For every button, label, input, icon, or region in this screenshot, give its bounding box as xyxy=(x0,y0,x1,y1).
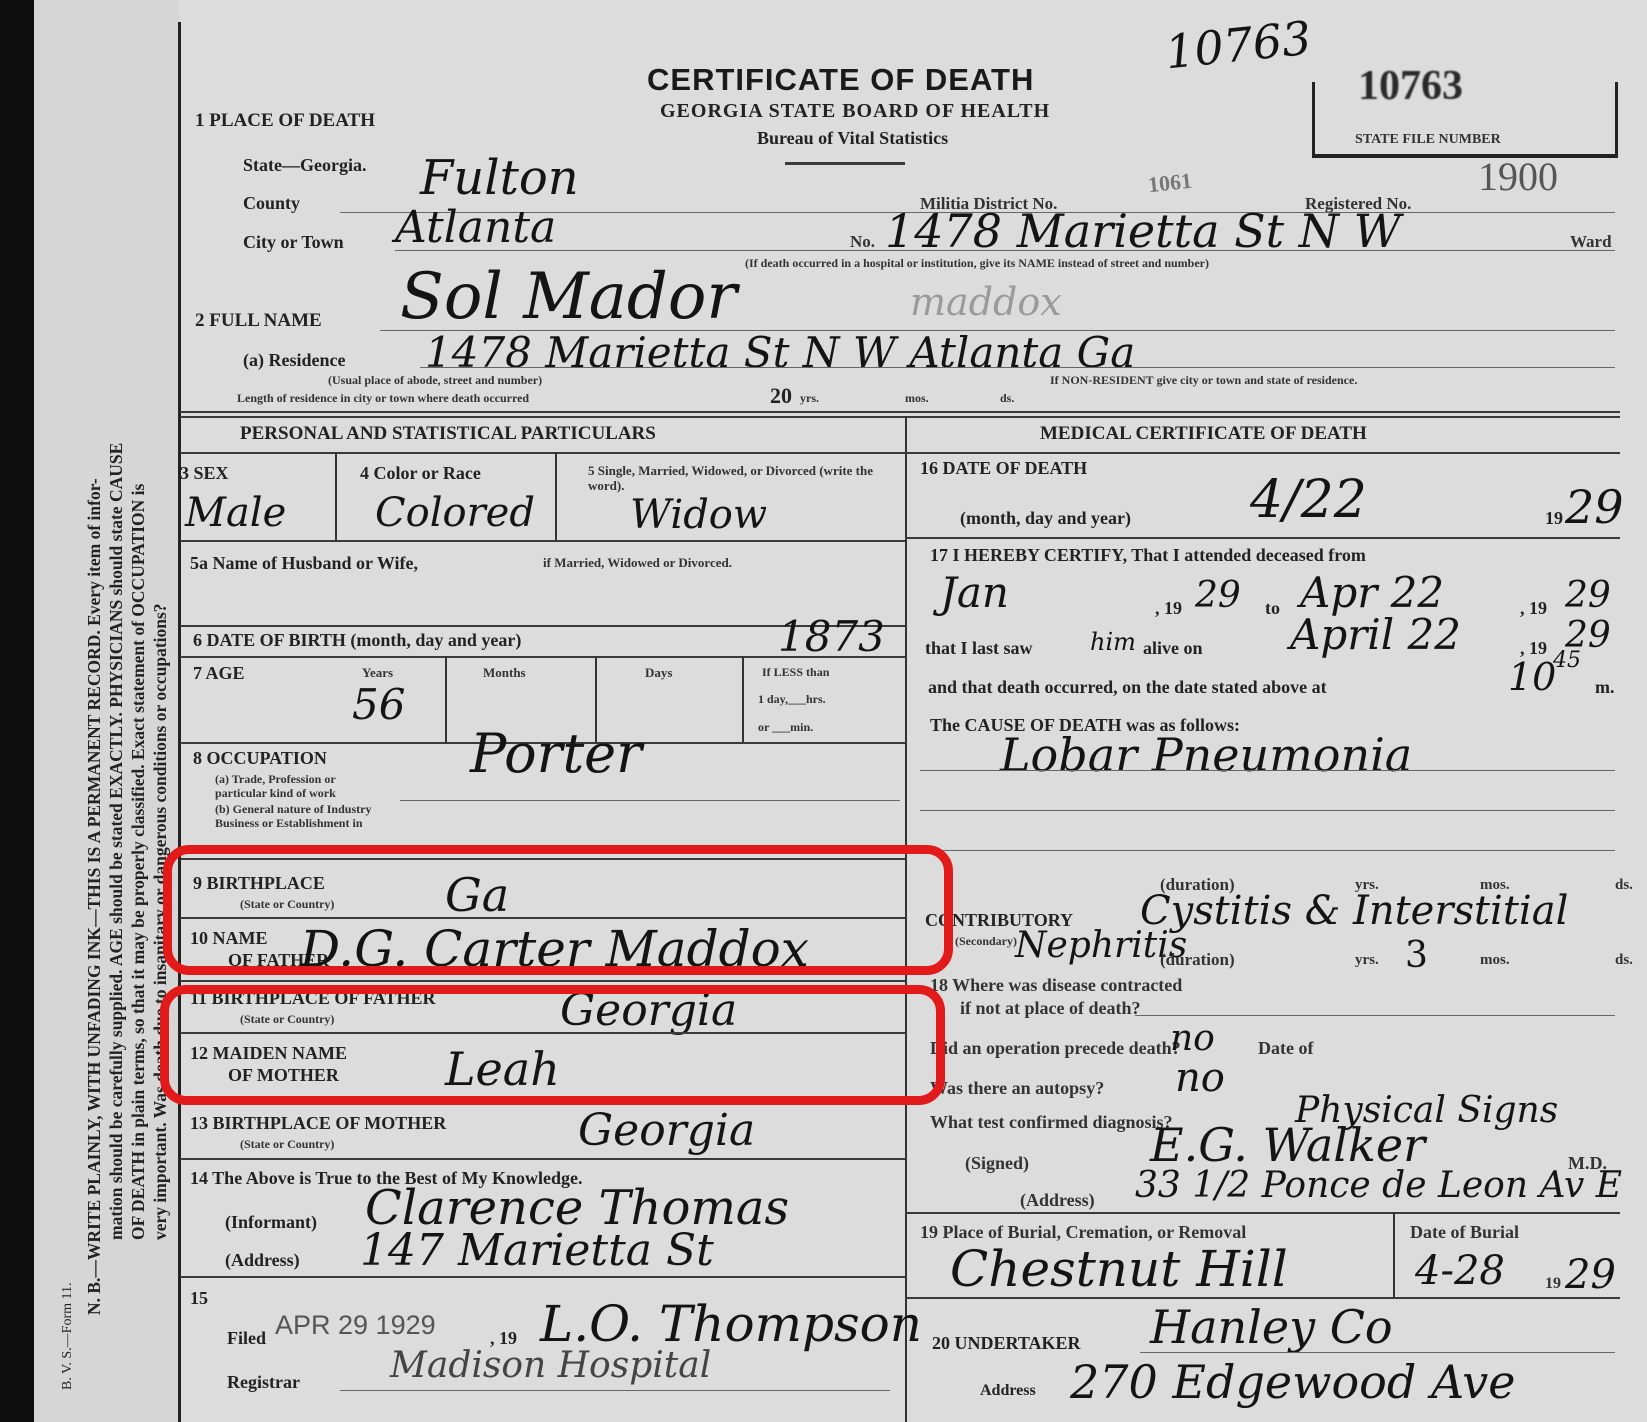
where-contracted-label-1: 18 Where was disease contracted xyxy=(930,975,1182,996)
burial-line xyxy=(905,1297,1620,1299)
spouse-label: 5a Name of Husband or Wife, xyxy=(190,553,418,574)
state-file-label: STATE FILE NUMBER xyxy=(1355,132,1501,148)
registrar-label: Registrar xyxy=(227,1372,300,1393)
mother-birthplace-value: Georgia xyxy=(578,1105,755,1156)
length-mos: mos. xyxy=(905,391,929,406)
autopsy-label: Was there an autopsy? xyxy=(930,1078,1104,1099)
side-note-line3: OF DEATH in plain terms, so that it may … xyxy=(128,484,149,1240)
residence-label: (a) Residence xyxy=(243,350,345,371)
years-value: 56 xyxy=(352,680,405,729)
form-number: B. V. S.—Form 11. xyxy=(60,1283,76,1391)
contributory-mos-value: 3 xyxy=(1405,935,1428,976)
physician-line xyxy=(905,1212,1620,1214)
to-year-prefix: , 19 xyxy=(1520,598,1547,619)
dob-value: 1873 xyxy=(778,612,885,661)
father-line xyxy=(180,980,905,982)
side-note-line2: mation should be carefully supplied. AGE… xyxy=(106,443,127,1240)
county-value: Fulton xyxy=(420,150,579,206)
where-line xyxy=(1135,1015,1615,1016)
last-saw-label: that I last saw xyxy=(925,638,1033,659)
marital-line xyxy=(180,540,905,542)
side-note-line1: N. B.—WRITE PLAINLY, WITH UNFADING INK—T… xyxy=(84,478,105,1315)
mother-birthplace-label: 13 BIRTHPLACE OF MOTHER xyxy=(190,1113,446,1134)
less-label-1: If LESS than xyxy=(762,665,829,680)
highlight-birthplace-father xyxy=(163,845,953,975)
physician-address-label: (Address) xyxy=(1020,1190,1095,1211)
date-of-death-value: 4/22 xyxy=(1250,470,1367,530)
informant-address-value: 147 Marietta St xyxy=(360,1225,714,1276)
certificate-title: CERTIFICATE OF DEATH xyxy=(647,62,1034,98)
from-year: 29 xyxy=(1195,575,1241,616)
operation-value: no xyxy=(1170,1018,1215,1059)
color-label: 4 Color or Race xyxy=(360,463,481,484)
sex-value: Male xyxy=(185,490,286,536)
residence-line xyxy=(420,367,1615,368)
physician-address-value: 33 1/2 Ponce de Leon Av E xyxy=(1135,1165,1622,1206)
secondary-label: (Secondary) xyxy=(955,934,1017,949)
sex-label: 3 SEX xyxy=(180,463,229,484)
informant-address-label: (Address) xyxy=(225,1250,300,1271)
left-border xyxy=(178,22,181,1422)
m-label: m. xyxy=(1595,677,1615,698)
undertaker-label: 20 UNDERTAKER xyxy=(932,1333,1081,1354)
board-name: GEORGIA STATE BOARD OF HEALTH xyxy=(660,100,1050,123)
burial-place-value: Chestnut Hill xyxy=(950,1240,1288,1298)
date-of-label: Date of xyxy=(1258,1038,1313,1059)
cause-line-2 xyxy=(920,810,1615,811)
state-file-stamp: 10763 xyxy=(1358,62,1463,110)
date-of-death-label: 16 DATE OF DEATH xyxy=(920,458,1087,479)
occupation-a2: particular kind of work xyxy=(215,786,336,801)
medical-header-line xyxy=(905,452,1620,454)
last-saw-value: April 22 xyxy=(1290,610,1461,659)
section-divider-2 xyxy=(180,416,1620,418)
burial-divider xyxy=(1393,1212,1395,1297)
burial-date-value: 4-28 xyxy=(1415,1248,1505,1294)
less-label-2: 1 day,___hrs. xyxy=(758,692,826,707)
to-year: 29 xyxy=(1565,575,1611,616)
mother-birthplace-line xyxy=(180,1158,905,1160)
residence-value: 1478 Marietta St N W Atlanta Ga xyxy=(425,328,1135,377)
occupation-a: (a) Trade, Profession or xyxy=(215,772,336,787)
place-of-death-label: 1 PLACE OF DEATH xyxy=(195,110,375,132)
burial-date-label: Date of Burial xyxy=(1410,1222,1519,1243)
residence-note: (Usual place of abode, street and number… xyxy=(328,373,542,388)
test-label: What test confirmed diagnosis? xyxy=(930,1112,1173,1133)
scan-edge xyxy=(0,0,34,1422)
alive-on-label: alive on xyxy=(1143,638,1203,659)
informant-label: (Informant) xyxy=(225,1212,317,1233)
duration-yrs-2: yrs. xyxy=(1355,952,1379,969)
physician-signature: E.G. Walker xyxy=(1150,1118,1425,1172)
death-address-value: 1478 Marietta St N W xyxy=(885,204,1401,258)
age-label: 7 AGE xyxy=(193,663,245,684)
less-label-3: or ___min. xyxy=(758,720,813,735)
years-divider xyxy=(445,656,447,742)
occupation-b: (b) General nature of Industry xyxy=(215,802,371,817)
occupation-b2: Business or Establishment in xyxy=(215,816,363,831)
death-time-value: 10 xyxy=(1508,655,1556,699)
city-value: Atlanta xyxy=(395,202,556,253)
signed-label: (Signed) xyxy=(965,1153,1029,1174)
burial-year-prefix: 19 xyxy=(1545,1275,1561,1293)
months-label: Months xyxy=(483,665,526,681)
attended-from-value: Jan xyxy=(940,568,1009,617)
medical-section-title: MEDICAL CERTIFICATE OF DEATH xyxy=(1040,423,1367,445)
state-label: State—Georgia. xyxy=(243,155,366,176)
length-ds: ds. xyxy=(1000,391,1014,406)
bureau-underline xyxy=(785,162,905,165)
undertaker-line xyxy=(1140,1352,1615,1353)
contributory-value: Cystitis & Interstitial xyxy=(1140,888,1568,934)
duration-ds-2: ds. xyxy=(1615,952,1633,969)
duration-ds-1: ds. xyxy=(1615,877,1633,894)
filed-label: Filed xyxy=(227,1328,266,1349)
section-divider-1 xyxy=(180,411,1620,413)
from-year-prefix: , 19 xyxy=(1155,598,1182,619)
undertaker-value: Hanley Co xyxy=(1150,1300,1393,1354)
duration-mos-2: mos. xyxy=(1480,952,1510,969)
mother-birthplace-sub: (State or Country) xyxy=(240,1137,334,1152)
dob-label: 6 DATE OF BIRTH (month, day and year) xyxy=(193,630,521,651)
undertaker-address-value: 270 Edgewood Ave xyxy=(1070,1355,1516,1409)
dod-line xyxy=(905,537,1620,539)
stamp-1900: 1900 xyxy=(1478,153,1558,200)
bureau-name: Bureau of Vital Statistics xyxy=(757,128,948,149)
death-time-min: 45 xyxy=(1553,648,1581,673)
where-contracted-label-2: if not at place of death? xyxy=(960,998,1140,1019)
color-value: Colored xyxy=(375,490,535,536)
color-divider xyxy=(555,452,557,540)
nonresident-note: If NON-RESIDENT give city or town and st… xyxy=(1050,373,1357,388)
cause-line-3 xyxy=(920,850,1615,851)
length-yrs: yrs. xyxy=(800,391,819,406)
highlight-father-birthplace-mother xyxy=(160,985,945,1105)
occupation-line xyxy=(400,800,900,801)
undertaker-address-label: Address xyxy=(980,1382,1036,1400)
days-label: Days xyxy=(645,665,672,681)
county-label: County xyxy=(243,193,300,214)
days-divider xyxy=(742,656,744,742)
full-name-label: 2 FULL NAME xyxy=(195,310,322,332)
dod-year: 29 xyxy=(1565,480,1624,534)
no-label: No. xyxy=(850,232,875,252)
hospital-note: (If death occurred in a hospital or inst… xyxy=(745,256,1209,271)
cause-line-1 xyxy=(920,770,1615,771)
occupation-value: Porter xyxy=(470,722,642,785)
item-15: 15 xyxy=(190,1288,208,1309)
occupation-label: 8 OCCUPATION xyxy=(193,748,327,769)
personal-header-line xyxy=(180,452,905,454)
operation-label: Did an operation precede death? xyxy=(930,1038,1181,1059)
filed-stamp: APR 29 1929 xyxy=(275,1310,436,1341)
dod-sub-label: (month, day and year) xyxy=(960,508,1131,529)
militia-value: 1061 xyxy=(1147,168,1193,198)
full-name-value: Sol Mador xyxy=(400,260,737,334)
last-saw-him: him xyxy=(1090,628,1136,656)
spouse-note: if Married, Widowed or Divorced. xyxy=(543,555,732,571)
sex-divider xyxy=(335,452,337,540)
cause-value: Lobar Pneumonia xyxy=(1000,728,1412,782)
registrar-signature-2: Madison Hospital xyxy=(390,1345,711,1386)
to-label: to xyxy=(1265,598,1280,619)
length-value: 20 xyxy=(770,383,792,409)
name-annotation: maddox xyxy=(910,280,1062,324)
city-label: City or Town xyxy=(243,232,344,253)
duration-label-2: (duration) xyxy=(1160,950,1235,970)
marital-value: Widow xyxy=(630,492,767,538)
years-label: Years xyxy=(362,665,393,681)
dob-line xyxy=(180,656,905,658)
informant-line xyxy=(180,1276,905,1278)
dod-year-prefix: 19 xyxy=(1545,508,1563,529)
length-label: Length of residence in city or town wher… xyxy=(237,391,529,406)
registrar-line xyxy=(340,1390,890,1391)
marital-label: 5 Single, Married, Widowed, or Divorced … xyxy=(588,463,888,493)
ward-label: Ward xyxy=(1570,232,1612,252)
autopsy-value: no xyxy=(1175,1055,1225,1101)
certify-label: 17 I HEREBY CERTIFY, That I attended dec… xyxy=(930,545,1366,566)
burial-year: 29 xyxy=(1565,1252,1616,1298)
death-time-label: and that death occurred, on the date sta… xyxy=(928,677,1327,698)
personal-section-title: PERSONAL AND STATISTICAL PARTICULARS xyxy=(240,423,656,445)
